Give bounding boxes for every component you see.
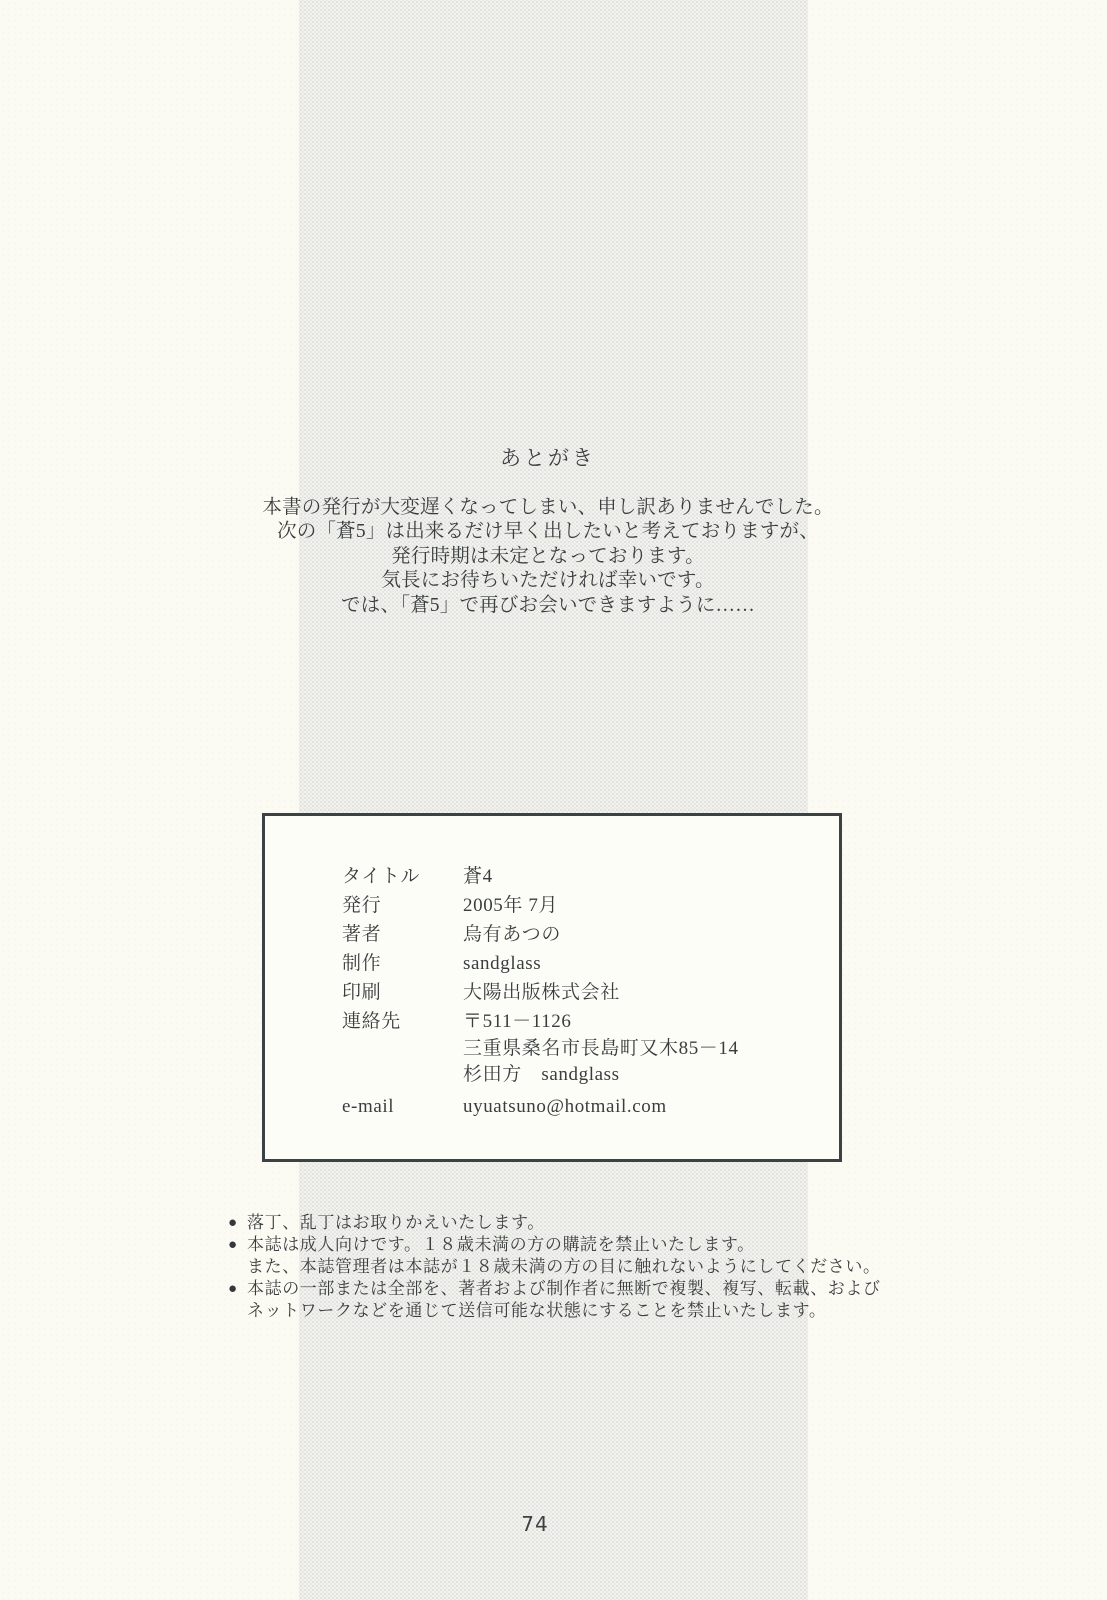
colophon-label: タイトル [342, 862, 420, 891]
bullet-icon: ● [228, 1234, 247, 1256]
colophon-rows: タイトル 蒼4 発行 2005年 7月 著者 烏有あつの 制作 sandglas… [265, 816, 839, 1121]
notice-line: ● 本誌の一部または全部を、著者および制作者に無断で複製、複写、転載、および [228, 1278, 918, 1300]
afterword-heading: あとがき [238, 444, 858, 472]
notice-text: 本誌の一部または全部を、著者および制作者に無断で複製、複写、転載、および [247, 1278, 881, 1300]
colophon-value: sandglass [463, 949, 541, 978]
colophon-label: 印刷 [342, 978, 381, 1007]
notice-text: 落丁、乱丁はお取りかえいたします。 [247, 1212, 545, 1234]
bullet-icon: ● [228, 1278, 247, 1300]
notices-section: ● 落丁、乱丁はお取りかえいたします。 ● 本誌は成人向けです。１８歳未満の方の… [228, 1212, 918, 1322]
colophon-value: 蒼4 [463, 862, 493, 891]
notice-text: ネットワークなどを通じて送信可能な状態にすることを禁止いたします。 [247, 1300, 826, 1322]
colophon-label: e-mail [342, 1092, 394, 1121]
page-number: 74 [500, 1512, 570, 1536]
afterword-body: 本書の発行が大変遅くなってしまい、申し訳ありませんでした。 次の「蒼5」は出来る… [238, 496, 858, 618]
notice-line: ● 本誌は成人向けです。１８歳未満の方の購読を禁止いたします。 [228, 1234, 918, 1256]
colophon-row-address: 三重県桑名市長島町又木85－14 [265, 1036, 839, 1062]
colophon-value: 〒511－1126 [463, 1007, 572, 1036]
colophon-value: 2005年 7月 [463, 891, 558, 920]
colophon-value: 大陽出版株式会社 [463, 978, 620, 1007]
colophon-row-address2: 杉田方 sandglass [265, 1062, 839, 1088]
halftone-band [299, 0, 808, 1600]
afterword-line: では、「蒼5」で再びお会いできますように…… [238, 594, 858, 618]
colophon-row-published: 発行 2005年 7月 [265, 891, 839, 920]
colophon-value: 三重県桑名市長島町又木85－14 [463, 1036, 739, 1062]
colophon-row-contact: 連絡先 〒511－1126 [265, 1007, 839, 1036]
colophon-row-printer: 印刷 大陽出版株式会社 [265, 978, 839, 1007]
notice-text: また、本誌管理者は本誌が１８歳未満の方の目に触れないようにしてください。 [247, 1256, 881, 1278]
bullet-spacer [228, 1256, 247, 1278]
colophon-box: タイトル 蒼4 発行 2005年 7月 著者 烏有あつの 制作 sandglas… [262, 813, 842, 1162]
bullet-icon: ● [228, 1212, 247, 1234]
afterword-line: 気長にお待ちいただければ幸いです。 [238, 569, 858, 593]
colophon-label: 発行 [342, 891, 381, 920]
colophon-label: 連絡先 [342, 1007, 401, 1036]
colophon-value: 杉田方 sandglass [463, 1062, 620, 1088]
notice-line: また、本誌管理者は本誌が１８歳未満の方の目に触れないようにしてください。 [228, 1256, 918, 1278]
afterword-line: 次の「蒼5」は出来るだけ早く出したいと考えておりますが、 [238, 520, 858, 544]
afterword-section: あとがき 本書の発行が大変遅くなってしまい、申し訳ありませんでした。 次の「蒼5… [238, 444, 858, 618]
bullet-spacer [228, 1300, 247, 1322]
colophon-row-email: e-mail uyuatsuno@hotmail.com [265, 1092, 839, 1121]
colophon-row-author: 著者 烏有あつの [265, 920, 839, 949]
notice-line: ネットワークなどを通じて送信可能な状態にすることを禁止いたします。 [228, 1300, 918, 1322]
colophon-row-production: 制作 sandglass [265, 949, 839, 978]
colophon-value: 烏有あつの [463, 920, 561, 949]
colophon-row-title: タイトル 蒼4 [265, 862, 839, 891]
afterword-line: 本書の発行が大変遅くなってしまい、申し訳ありませんでした。 [238, 496, 858, 520]
colophon-email-value: uyuatsuno@hotmail.com [463, 1092, 667, 1121]
afterword-line: 発行時期は未定となっております。 [238, 545, 858, 569]
colophon-label: 著者 [342, 920, 381, 949]
notice-text: 本誌は成人向けです。１８歳未満の方の購読を禁止いたします。 [247, 1234, 755, 1256]
colophon-label: 制作 [342, 949, 381, 978]
notice-line: ● 落丁、乱丁はお取りかえいたします。 [228, 1212, 918, 1234]
